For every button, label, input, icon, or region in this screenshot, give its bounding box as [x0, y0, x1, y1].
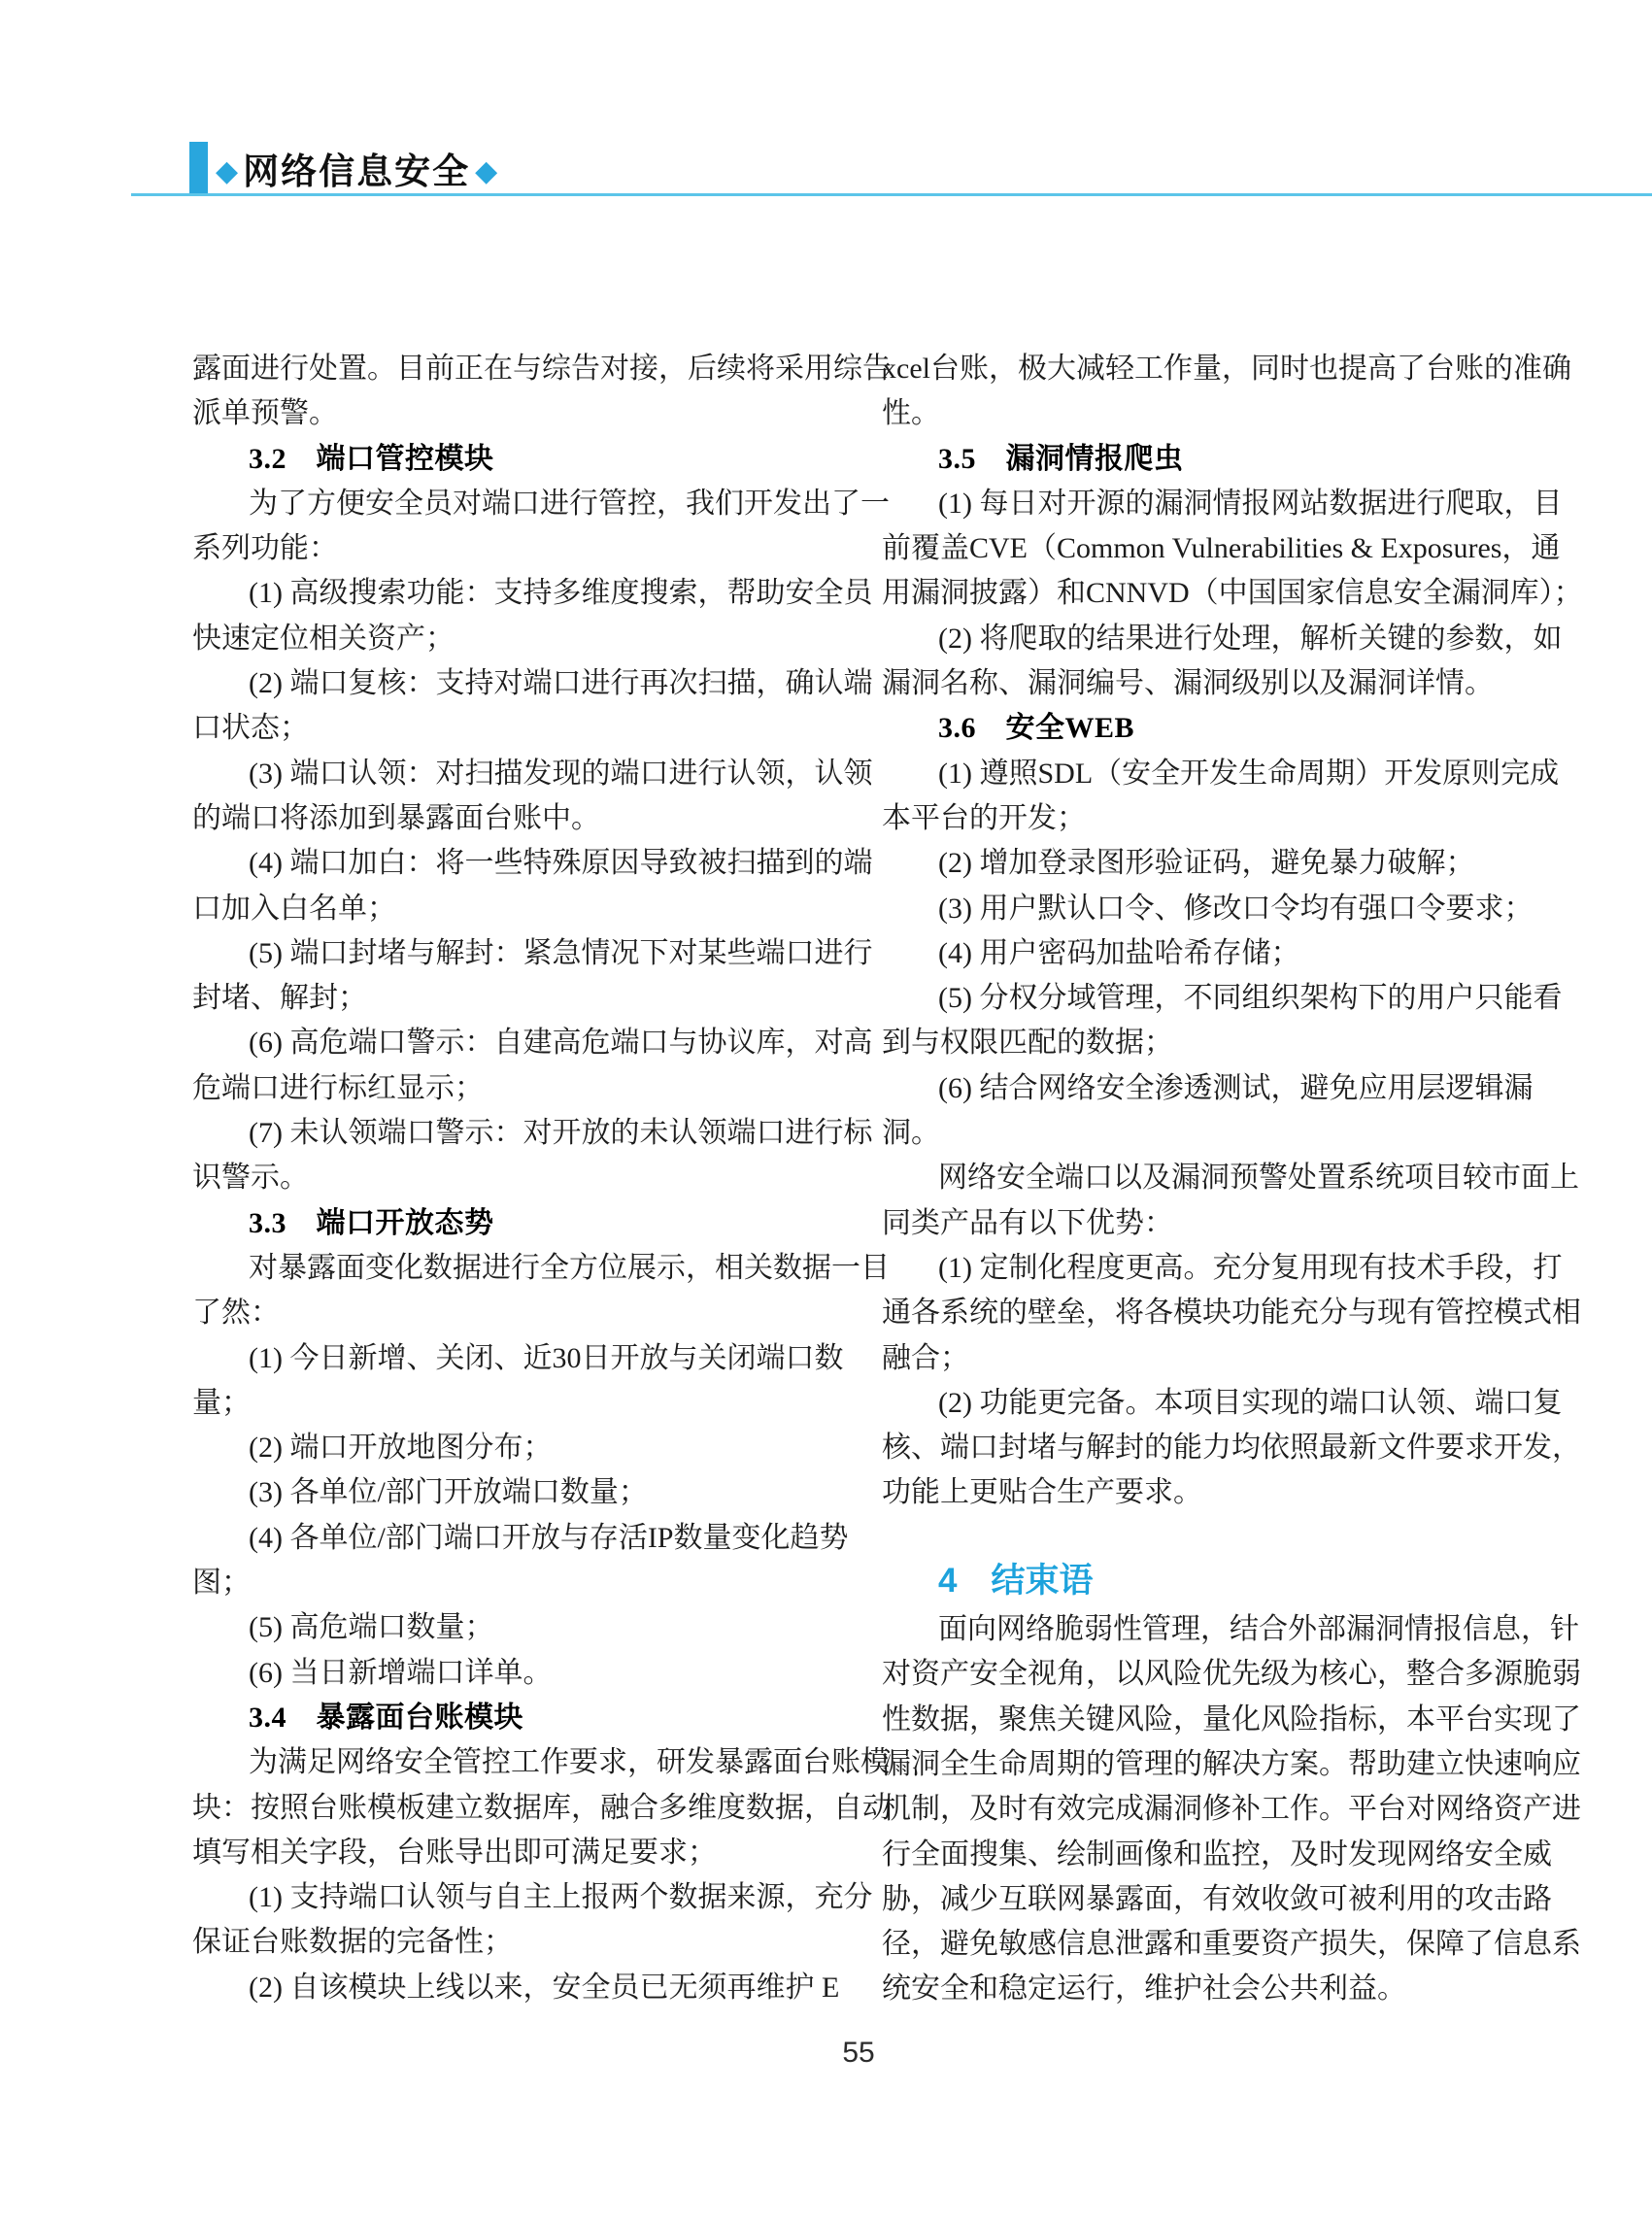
text-line: (2) 增加登录图形验证码，避免暴力破解； — [882, 841, 1529, 886]
text-line: (1) 今日新增、关闭、近30日开放与关闭端口数 — [192, 1336, 849, 1381]
text-line: (3) 端口认领：对扫描发现的端口进行认领，认领 — [192, 752, 849, 796]
text-line: 机制，及时有效完成漏洞修补工作。平台对网络资产进 — [882, 1787, 1529, 1832]
text-line: 洞。 — [882, 1111, 1529, 1156]
text-line: (2) 端口复核：支持对端口进行再次扫描，确认端 — [192, 661, 849, 706]
text-column-left: 露面进行处置。目前正在与综告对接，后续将采用综告派单预警。3.2 端口管控模块为… — [192, 347, 849, 2010]
section-heading: 3.5 漏洞情报爬虫 — [882, 437, 1529, 482]
text-line: 口加入白名单； — [192, 887, 849, 931]
text-line: 性。 — [882, 391, 1529, 436]
text-line: 封堵、解封； — [192, 976, 849, 1021]
section-heading: 3.4 暴露面台账模块 — [192, 1696, 849, 1740]
text-line: (1) 每日对开源的漏洞情报网站数据进行爬取，目 — [882, 482, 1529, 526]
text-line: 行全面搜集、绘制画像和监控，及时发现网络安全威 — [882, 1833, 1529, 1877]
text-line: (2) 将爬取的结果进行处理，解析关键的参数，如 — [882, 617, 1529, 661]
text-line: (2) 自该模块上线以来，安全员已无须再维护 E — [192, 1966, 849, 2010]
chapter-heading: 4 结束语 — [882, 1559, 1529, 1603]
text-line: 核、端口封堵与解封的能力均依照最新文件要求开发， — [882, 1426, 1529, 1470]
journal-page: ◆ 网络信息安全 ◆ 露面进行处置。目前正在与综告对接，后续将采用综告派单预警。… — [0, 0, 1652, 2225]
text-line: (1) 支持端口认领与自主上报两个数据来源，充分 — [192, 1875, 849, 1920]
running-head-title: 网络信息安全 — [243, 149, 470, 195]
diamond-icon: ◆ — [475, 149, 497, 195]
text-line: 通各系统的壁垒，将各模块功能充分与现有管控模式相 — [882, 1291, 1529, 1335]
section-heading: 3.2 端口管控模块 — [192, 437, 849, 482]
page-number: 55 — [842, 2037, 874, 2070]
text-line: 前覆盖CVE（Common Vulnerabilities & Exposure… — [882, 526, 1529, 571]
text-line: (5) 端口封堵与解封：紧急情况下对某些端口进行 — [192, 931, 849, 976]
text-line: 融合； — [882, 1336, 1529, 1381]
text-line: 漏洞名称、漏洞编号、漏洞级别以及漏洞详情。 — [882, 661, 1529, 706]
text-column-right: xcel台账，极大减轻工作量，同时也提高了台账的准确性。3.5 漏洞情报爬虫(1… — [882, 347, 1529, 2012]
text-line: (6) 高危端口警示：自建高危端口与协议库，对高 — [192, 1021, 849, 1065]
text-line: (3) 用户默认口令、修改口令均有强口令要求； — [882, 887, 1529, 931]
text-line: 用漏洞披露）和CNNVD（中国国家信息安全漏洞库）； — [882, 571, 1529, 616]
diamond-icon: ◆ — [216, 149, 238, 195]
text-line: (6) 当日新增端口详单。 — [192, 1651, 849, 1696]
text-line: (3) 各单位/部门开放端口数量； — [192, 1470, 849, 1515]
text-line: 面向网络脆弱性管理，结合外部漏洞情报信息，针 — [882, 1607, 1529, 1652]
text-line: (1) 高级搜索功能：支持多维度搜索，帮助安全员 — [192, 571, 849, 616]
text-line: 对资产安全视角，以风险优先级为核心，整合多源脆弱 — [882, 1652, 1529, 1697]
text-line: 块：按照台账模板建立数据库，融合多维度数据，自动 — [192, 1786, 849, 1831]
text-line: (4) 各单位/部门端口开放与存活IP数量变化趋势 — [192, 1516, 849, 1561]
header-accent-bar — [189, 142, 208, 196]
text-line: 同类产品有以下优势： — [882, 1201, 1529, 1246]
text-line: 口状态； — [192, 706, 849, 751]
text-line: 图； — [192, 1561, 849, 1605]
header-rule — [131, 193, 1652, 196]
text-line: 为了方便安全员对端口进行管控，我们开发出了一 — [192, 482, 849, 526]
text-line: 露面进行处置。目前正在与综告对接，后续将采用综告 — [192, 347, 849, 391]
text-line: 快速定位相关资产； — [192, 617, 849, 661]
text-line: (2) 功能更完备。本项目实现的端口认领、端口复 — [882, 1381, 1529, 1426]
text-line: (7) 未认领端口警示：对开放的未认领端口进行标 — [192, 1111, 849, 1156]
text-line: 为满足网络安全管控工作要求，研发暴露面台账模 — [192, 1740, 849, 1785]
section-heading: 3.3 端口开放态势 — [192, 1201, 849, 1246]
text-line: (1) 定制化程度更高。充分复用现有技术手段，打 — [882, 1246, 1529, 1291]
text-line: 对暴露面变化数据进行全方位展示，相关数据一目 — [192, 1246, 849, 1291]
text-line: 识警示。 — [192, 1156, 849, 1200]
text-line: (5) 分权分域管理，不同组织架构下的用户只能看 — [882, 976, 1529, 1021]
text-line: (4) 用户密码加盐哈希存储； — [882, 931, 1529, 976]
text-line: 了然： — [192, 1291, 849, 1335]
text-line: 系列功能： — [192, 526, 849, 571]
text-line: 填写相关字段，台账导出即可满足要求； — [192, 1831, 849, 1875]
text-line: (2) 端口开放地图分布； — [192, 1426, 849, 1470]
text-line: 派单预警。 — [192, 391, 849, 436]
text-line: 漏洞全生命周期的管理的解决方案。帮助建立快速响应 — [882, 1742, 1529, 1787]
text-line: 径，避免敏感信息泄露和重要资产损失，保障了信息系 — [882, 1922, 1529, 1967]
text-line: 的端口将添加到暴露面台账中。 — [192, 796, 849, 841]
text-line: 危端口进行标红显示； — [192, 1066, 849, 1111]
running-head: ◆ 网络信息安全 ◆ — [216, 149, 497, 195]
text-line: (4) 端口加白：将一些特殊原因导致被扫描到的端 — [192, 841, 849, 886]
text-line: 保证台账数据的完备性； — [192, 1920, 849, 1965]
text-line: 性数据，聚焦关键风险，量化风险指标，本平台实现了 — [882, 1698, 1529, 1742]
section-heading: 3.6 安全WEB — [882, 706, 1529, 751]
text-line: (5) 高危端口数量； — [192, 1605, 849, 1650]
text-line: 功能上更贴合生产要求。 — [882, 1470, 1529, 1515]
text-line: 量； — [192, 1381, 849, 1426]
text-line: xcel台账，极大减轻工作量，同时也提高了台账的准确 — [882, 347, 1529, 391]
text-line: (6) 结合网络安全渗透测试，避免应用层逻辑漏 — [882, 1066, 1529, 1111]
text-line: 本平台的开发； — [882, 796, 1529, 841]
text-line: (1) 遵照SDL（安全开发生命周期）开发原则完成 — [882, 752, 1529, 796]
text-line: 胁，减少互联网暴露面，有效收敛可被利用的攻击路 — [882, 1877, 1529, 1922]
text-line: 到与权限匹配的数据； — [882, 1021, 1529, 1065]
text-line: 统安全和稳定运行，维护社会公共利益。 — [882, 1967, 1529, 2011]
text-line: 网络安全端口以及漏洞预警处置系统项目较市面上 — [882, 1156, 1529, 1200]
